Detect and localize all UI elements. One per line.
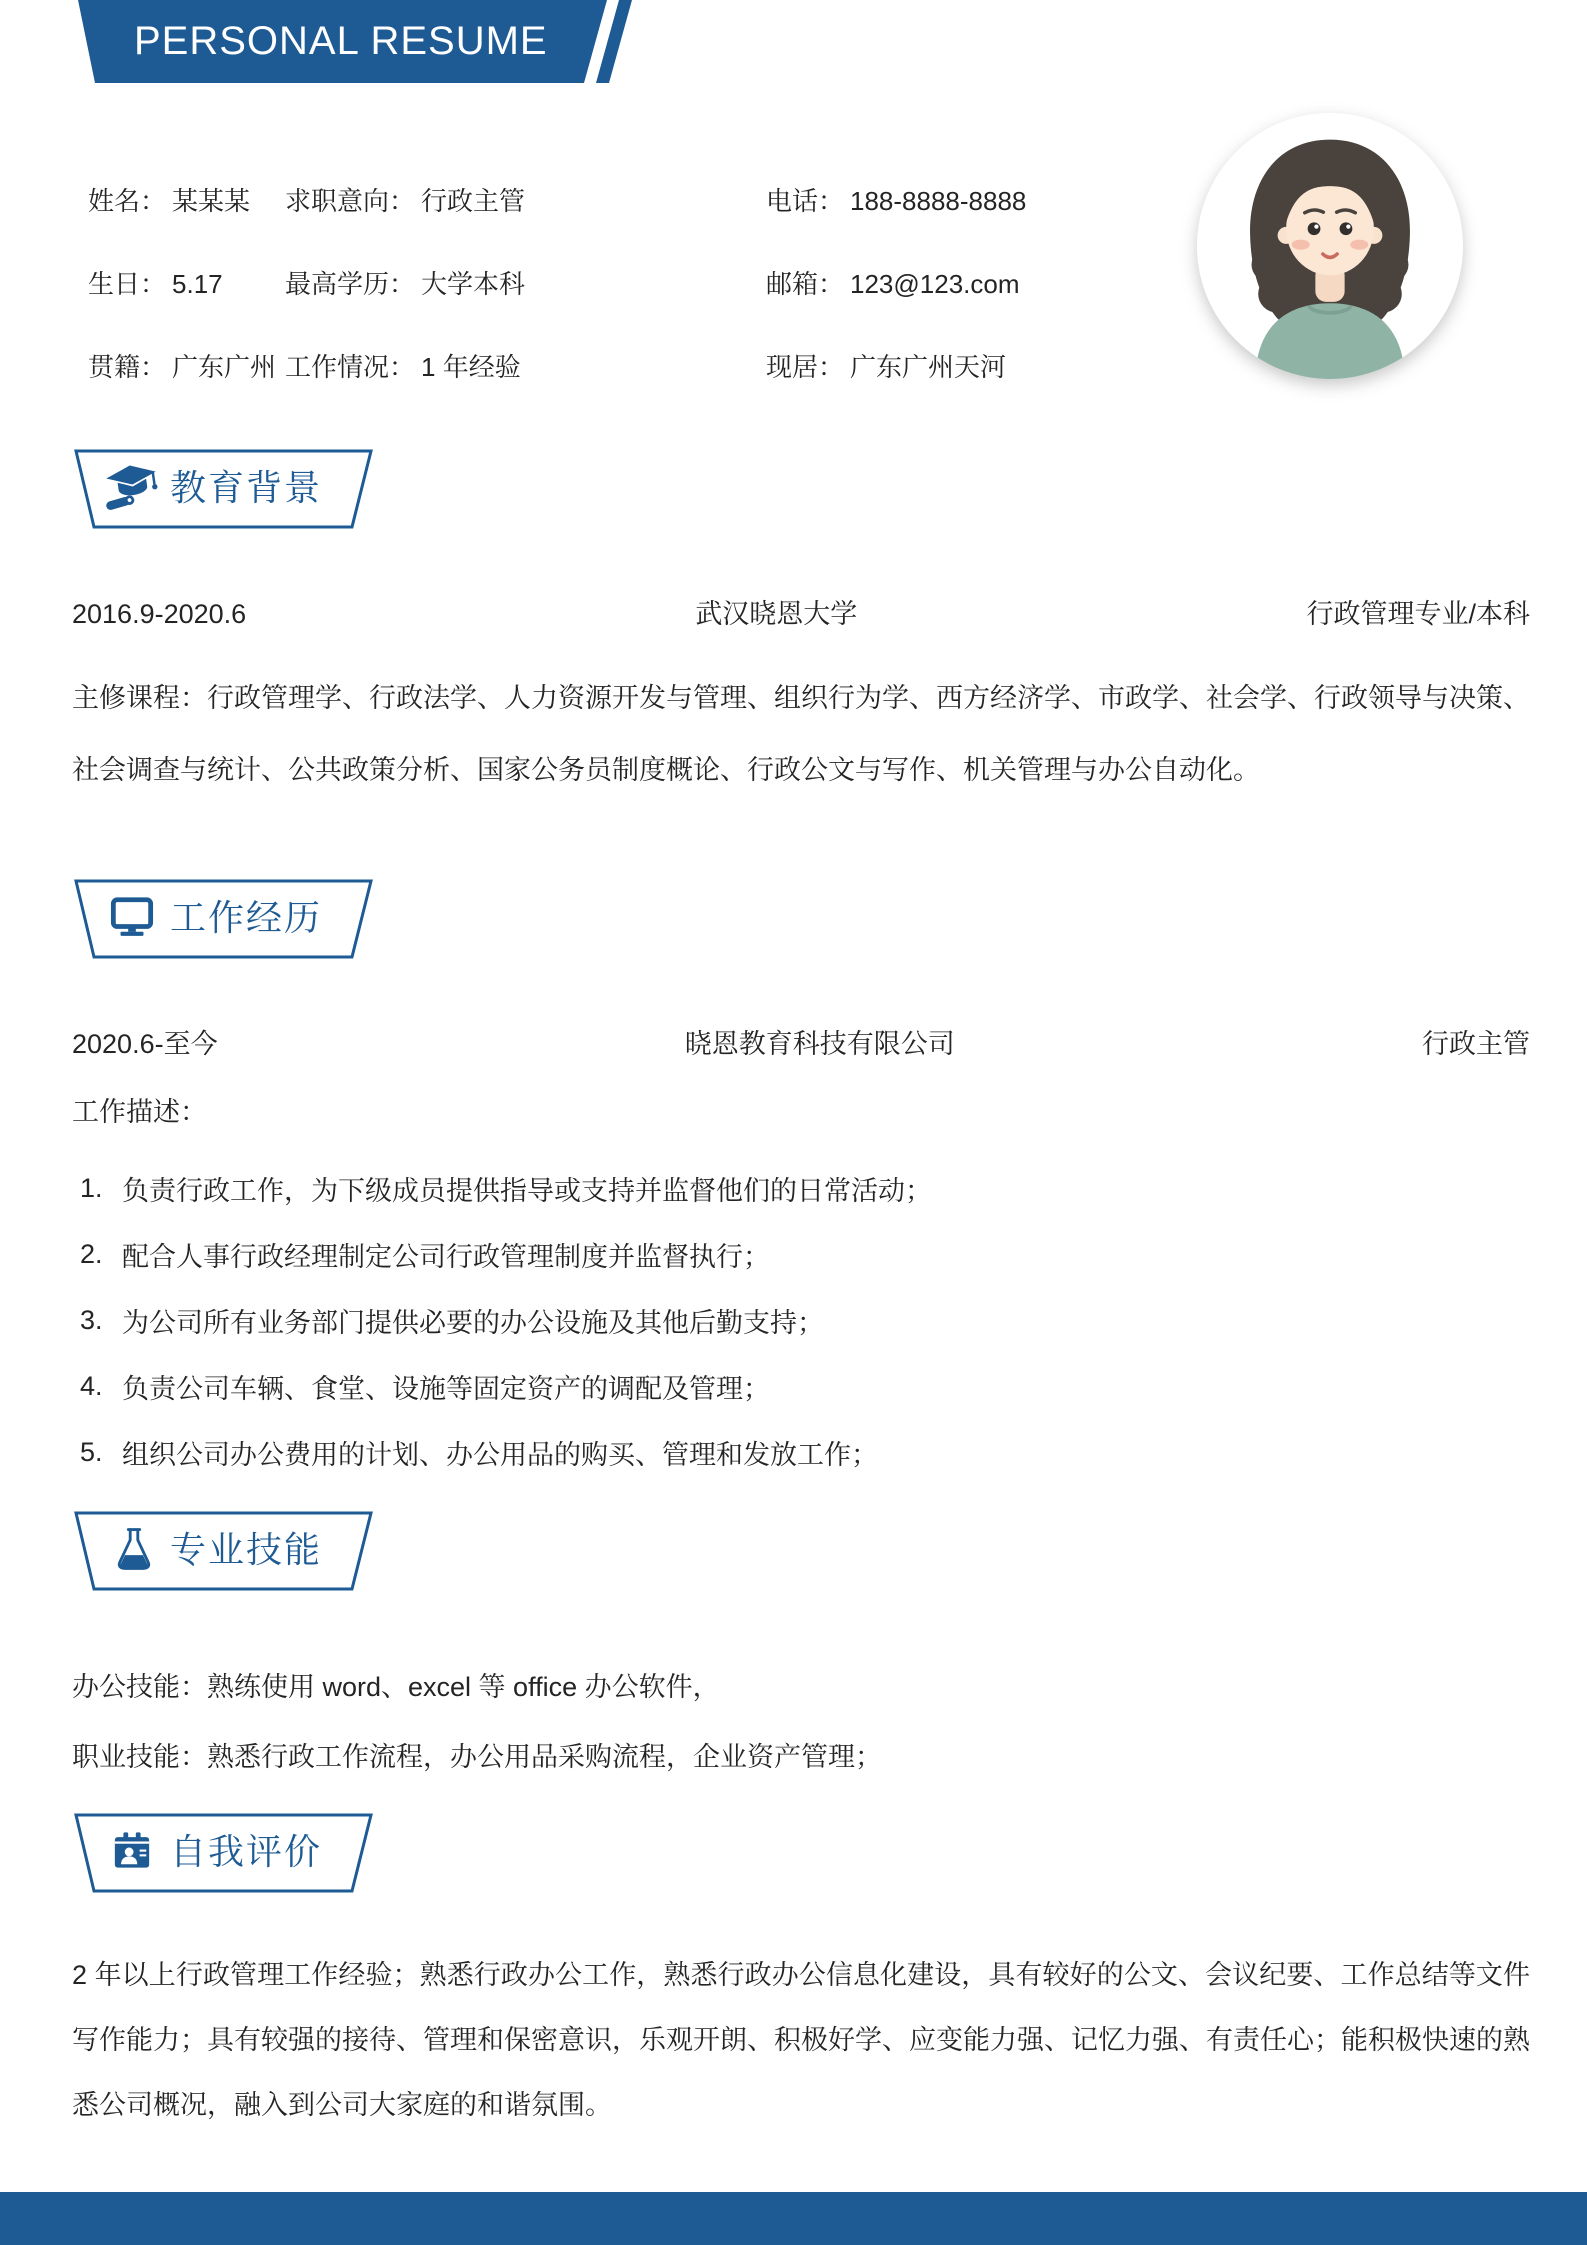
education-school: 武汉晓恩大学 [695,598,857,630]
field-label: 求职意向： [285,186,415,216]
field-value: 广东广州 [172,352,276,382]
duty-text: 配合人事行政经理制定公司行政管理制度并监督执行； [122,1235,770,1274]
info-field-birthday: 生日：5.17 [88,267,285,301]
info-field-phone: 电话：188-8888-8888 [766,184,1178,218]
section-title: 工作经历 [170,878,322,960]
skills-lines: 办公技能：熟练使用 word、excel 等 office 办公软件， 职业技能… [72,1652,882,1792]
duty-number: 4. [80,1371,106,1402]
section-header-work: 工作经历 [72,878,376,960]
flask-icon [116,1526,152,1577]
resume-page: PERSONAL RESUME 姓名：某某某 求职意向：行政主管 电话：188-… [0,0,1587,2245]
field-label: 生日： [88,269,166,299]
duty-number: 1. [80,1173,106,1204]
id-badge-icon [112,1830,152,1877]
duty-text: 组织公司办公费用的计划、办公用品的购买、管理和发放工作； [122,1433,878,1472]
info-field-education: 最高学历：大学本科 [285,267,766,301]
info-field-experience: 工作情况：1 年经验 [285,350,766,384]
banner: PERSONAL RESUME [0,0,660,84]
graduation-cap-icon [105,463,159,516]
duty-item: 1.负责行政工作，为下级成员提供指导或支持并监督他们的日常活动； [80,1155,1530,1221]
field-label: 现居： [766,352,844,382]
section-header-education: 教育背景 [72,448,376,530]
work-entry-row: 2020.6-至今 晓恩教育科技有限公司 行政主管 [72,1028,1530,1060]
section-title: 专业技能 [170,1510,322,1592]
duty-item: 5.组织公司办公费用的计划、办公用品的购买、管理和发放工作； [80,1419,1530,1485]
section-title: 教育背景 [170,448,322,530]
duty-number: 3. [80,1305,106,1336]
field-label: 最高学历： [285,269,415,299]
field-label: 邮箱： [766,269,844,299]
field-value: 188-8888-8888 [850,186,1026,216]
skills-line-office: 办公技能：熟练使用 word、excel 等 office 办公软件， [72,1652,882,1722]
duty-item: 2.配合人事行政经理制定公司行政管理制度并监督执行； [80,1221,1530,1287]
info-field-hometown: 贯籍：广东广州 [88,350,285,384]
section-header-skills: 专业技能 [72,1510,376,1592]
personal-info-grid: 姓名：某某某 求职意向：行政主管 电话：188-8888-8888 生日：5.1… [88,184,1178,384]
avatar-illustration [1197,113,1463,379]
duty-number: 5. [80,1437,106,1468]
work-position: 行政主管 [1422,1028,1530,1060]
field-label: 姓名： [88,186,166,216]
field-value: 5.17 [172,269,223,299]
footer-bar [0,2192,1587,2245]
education-major: 行政管理专业/本科 [1306,598,1530,630]
work-description-label: 工作描述： [72,1096,207,1128]
field-label: 贯籍： [88,352,166,382]
education-entry-row: 2016.9-2020.6 武汉晓恩大学 行政管理专业/本科 [72,598,1530,630]
duty-number: 2. [80,1239,106,1270]
duty-text: 负责公司车辆、食堂、设施等固定资产的调配及管理； [122,1367,770,1406]
banner-title: PERSONAL RESUME [134,0,548,83]
field-value: 123@123.com [850,269,1020,299]
work-period: 2020.6-至今 [72,1028,218,1060]
duty-text: 负责行政工作，为下级成员提供指导或支持并监督他们的日常活动； [122,1169,932,1208]
section-title: 自我评价 [170,1812,322,1894]
evaluation-text: 2 年以上行政管理工作经验；熟悉行政办公工作，熟悉行政办公信息化建设，具有较好的… [72,1943,1530,2138]
work-company: 晓恩教育科技有限公司 [685,1028,955,1060]
field-value: 1 年经验 [421,352,521,382]
duty-text: 为公司所有业务部门提供必要的办公设施及其他后勤支持； [122,1301,824,1340]
monitor-icon [110,896,154,943]
field-label: 工作情况： [285,352,415,382]
work-duty-list: 1.负责行政工作，为下级成员提供指导或支持并监督他们的日常活动； 2.配合人事行… [80,1155,1530,1485]
duty-item: 4.负责公司车辆、食堂、设施等固定资产的调配及管理； [80,1353,1530,1419]
avatar [1197,113,1463,379]
info-field-name: 姓名：某某某 [88,184,285,218]
duty-item: 3.为公司所有业务部门提供必要的办公设施及其他后勤支持； [80,1287,1530,1353]
field-value: 广东广州天河 [850,352,1006,382]
section-header-evaluation: 自我评价 [72,1812,376,1894]
field-value: 行政主管 [421,186,525,216]
skills-line-professional: 职业技能：熟悉行政工作流程，办公用品采购流程，企业资产管理； [72,1722,882,1792]
education-period: 2016.9-2020.6 [72,598,246,630]
field-value: 大学本科 [421,269,525,299]
info-field-job-intention: 求职意向：行政主管 [285,184,766,218]
field-label: 电话： [766,186,844,216]
education-courses: 主修课程：行政管理学、行政法学、人力资源开发与管理、组织行为学、西方经济学、市政… [72,662,1530,806]
info-field-residence: 现居：广东广州天河 [766,350,1178,384]
info-field-email: 邮箱：123@123.com [766,267,1178,301]
field-value: 某某某 [172,186,250,216]
